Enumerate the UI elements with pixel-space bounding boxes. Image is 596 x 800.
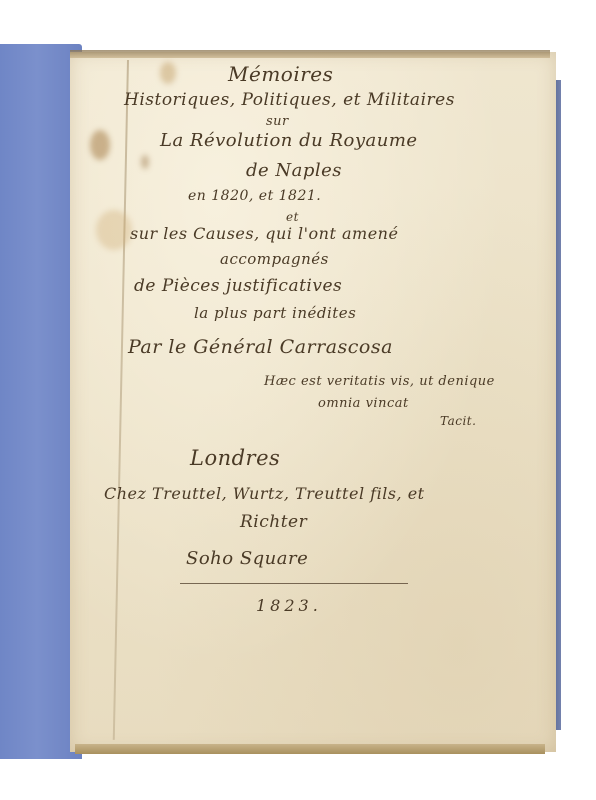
imprint-year: 1823. (256, 596, 322, 615)
imprint-publisher-line-2: Richter (240, 512, 307, 532)
epigraph-line-2: omnia vincat (318, 396, 409, 411)
foxing-stain (141, 155, 149, 169)
epigraph-attribution: Tacit. (440, 414, 476, 428)
title-line-pieces: de Pièces justificatives (134, 276, 342, 296)
title-line-causes: sur les Causes, qui l'ont amené (130, 224, 398, 243)
page-top-edge (70, 50, 550, 58)
title-line-historiques: Historiques, Politiques, et Militaires (124, 90, 455, 110)
epigraph-line-1: Hæc est veritatis vis, ut denique (264, 374, 495, 389)
title-line-revolution: La Révolution du Royaume (160, 130, 418, 151)
imprint-address: Soho Square (186, 548, 308, 569)
title-et: et (286, 210, 299, 224)
title-sur: sur (266, 114, 289, 129)
title-line-inedites: la plus part inédites (194, 304, 356, 322)
imprint-rule (180, 583, 408, 584)
title-memoires: Mémoires (228, 62, 333, 86)
title-line-accompagnes: accompagnés (220, 250, 329, 268)
page-bottom-edge (75, 744, 545, 754)
foxing-stain (90, 130, 110, 160)
imprint-publisher-line-1: Chez Treuttel, Wurtz, Treuttel fils, et (104, 484, 425, 503)
foxing-stain (160, 62, 176, 84)
imprint-city: Londres (190, 446, 280, 470)
title-line-naples: de Naples (246, 160, 342, 181)
title-line-dates: en 1820, et 1821. (188, 188, 321, 204)
author-line: Par le Général Carrascosa (128, 336, 393, 358)
foxing-stain (96, 210, 132, 250)
